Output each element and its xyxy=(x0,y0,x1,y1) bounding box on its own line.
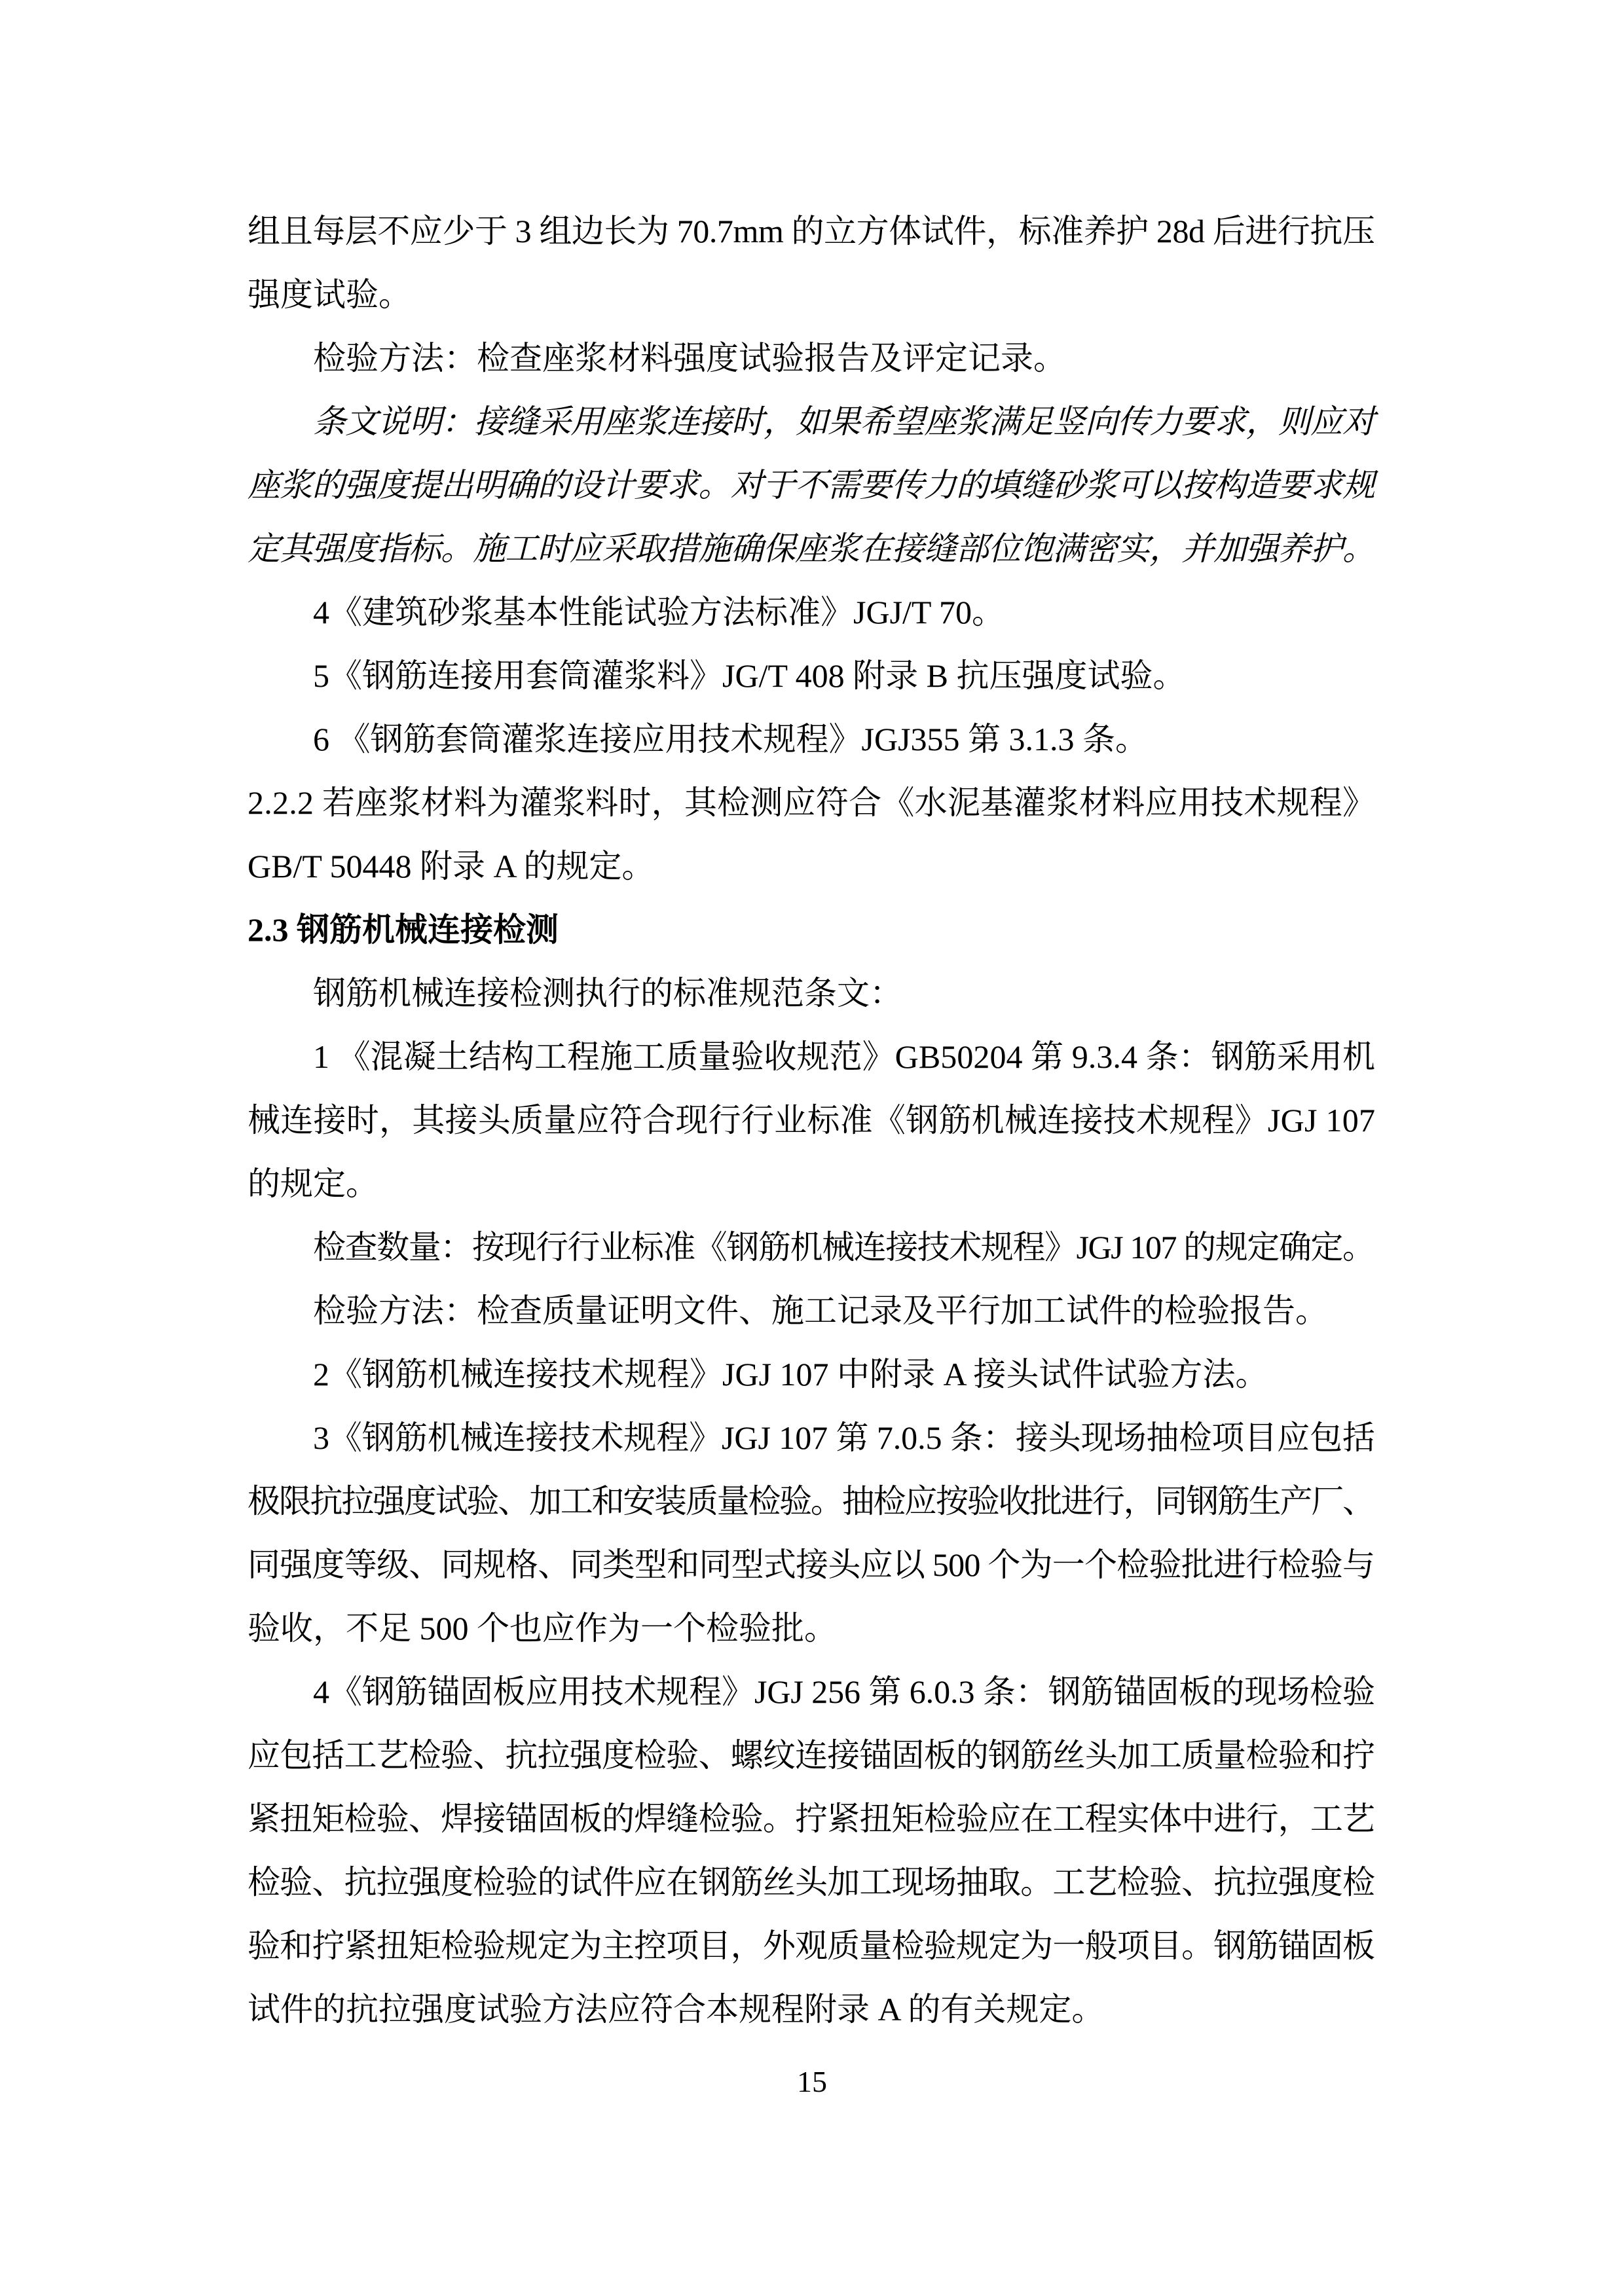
text-line-content: GB/T 50448 附录 A 的规定。 xyxy=(248,848,654,884)
text-line-content: 强度试验。 xyxy=(248,276,411,313)
text-line-content: 3《钢筋机械连接技术规程》JGJ 107 第 7.0.5 条：接头现场抽检项目应… xyxy=(313,1419,1375,1456)
text-line-content: 条文说明：接缝采用座浆连接时，如果希望座浆满足竖向传力要求，则应对 xyxy=(313,403,1375,440)
text-line: 检验方法：检查质量证明文件、施工记录及平行加工试件的检验报告。 xyxy=(248,1279,1375,1343)
text-line: 2.3 钢筋机械连接检测 xyxy=(248,898,1375,962)
text-line: 强度试验。 xyxy=(248,263,1375,327)
text-line: 4《钢筋锚固板应用技术规程》JGJ 256 第 6.0.3 条：钢筋锚固板的现场… xyxy=(248,1660,1375,1724)
text-line: 同强度等级、同规格、同类型和同型式接头应以 500 个为一个检验批进行检验与 xyxy=(248,1533,1375,1597)
text-line-content: 组且每层不应少于 3 组边长为 70.7mm 的立方体试件，标准养护 28d 后… xyxy=(248,213,1375,249)
text-line-content: 1 《混凝土结构工程施工质量验收规范》GB50204 第 9.3.4 条：钢筋采… xyxy=(313,1038,1375,1075)
text-line: 验和拧紧扭矩检验规定为主控项目，外观质量检验规定为一般项目。钢筋锚固板 xyxy=(248,1914,1375,1978)
page-number: 15 xyxy=(0,2062,1624,2102)
text-line: 6 《钢筋套筒灌浆连接应用技术规程》JGJ355 第 3.1.3 条。 xyxy=(248,708,1375,771)
text-line-content: 钢筋机械连接检测执行的标准规范条文： xyxy=(313,975,902,1011)
text-line: 2《钢筋机械连接技术规程》JGJ 107 中附录 A 接头试件试验方法。 xyxy=(248,1343,1375,1406)
text-line: 试件的抗拉强度试验方法应符合本规程附录 A 的有关规定。 xyxy=(248,1978,1375,2041)
text-line: 应包括工艺检验、抗拉强度检验、螺纹连接锚固板的钢筋丝头加工质量检验和拧 xyxy=(248,1724,1375,1787)
document-body: 组且每层不应少于 3 组边长为 70.7mm 的立方体试件，标准养护 28d 后… xyxy=(248,200,1375,2041)
text-line-content: 验和拧紧扭矩检验规定为主控项目，外观质量检验规定为一般项目。钢筋锚固板 xyxy=(248,1927,1375,1964)
text-line-content: 的规定。 xyxy=(248,1165,378,1202)
text-line-content: 检查数量：按现行行业标准《钢筋机械连接技术规程》JGJ 107 的规定确定。 xyxy=(313,1229,1375,1266)
text-line: 紧扭矩检验、焊接锚固板的焊缝检验。拧紧扭矩检验应在工程实体中进行，工艺 xyxy=(248,1787,1375,1851)
text-line-content: 验收，不足 500 个也应作为一个检验批。 xyxy=(248,1610,837,1647)
text-line-content: 4《钢筋锚固板应用技术规程》JGJ 256 第 6.0.3 条：钢筋锚固板的现场… xyxy=(313,1673,1375,1710)
text-line: 2.2.2 若座浆材料为灌浆料时，其检测应符合《水泥基灌浆材料应用技术规程》 xyxy=(248,771,1375,835)
text-line: 1 《混凝土结构工程施工质量验收规范》GB50204 第 9.3.4 条：钢筋采… xyxy=(248,1025,1375,1089)
text-line-content: 械连接时，其接头质量应符合现行行业标准《钢筋机械连接技术规程》JGJ 107 xyxy=(248,1102,1375,1139)
text-line-content: 紧扭矩检验、焊接锚固板的焊缝检验。拧紧扭矩检验应在工程实体中进行，工艺 xyxy=(248,1800,1375,1837)
text-line-content: 6 《钢筋套筒灌浆连接应用技术规程》JGJ355 第 3.1.3 条。 xyxy=(313,721,1148,757)
text-line: 检验、抗拉强度检验的试件应在钢筋丝头加工现场抽取。工艺检验、抗拉强度检 xyxy=(248,1851,1375,1914)
text-line: 钢筋机械连接检测执行的标准规范条文： xyxy=(248,962,1375,1025)
text-line: GB/T 50448 附录 A 的规定。 xyxy=(248,835,1375,898)
text-line-content: 试件的抗拉强度试验方法应符合本规程附录 A 的有关规定。 xyxy=(248,1991,1104,2028)
text-line: 检验方法：检查座浆材料强度试验报告及评定记录。 xyxy=(248,327,1375,390)
document-page: 组且每层不应少于 3 组边长为 70.7mm 的立方体试件，标准养护 28d 后… xyxy=(0,0,1624,2296)
text-line-content: 同强度等级、同规格、同类型和同型式接头应以 500 个为一个检验批进行检验与 xyxy=(248,1546,1375,1583)
text-line-content: 2.3 钢筋机械连接检测 xyxy=(248,911,559,948)
text-line: 座浆的强度提出明确的设计要求。对于不需要传力的填缝砂浆可以按构造要求规 xyxy=(248,454,1375,517)
text-line: 械连接时，其接头质量应符合现行行业标准《钢筋机械连接技术规程》JGJ 107 xyxy=(248,1089,1375,1152)
text-line-content: 检验方法：检查质量证明文件、施工记录及平行加工试件的检验报告。 xyxy=(313,1292,1328,1329)
text-line-content: 5《钢筋连接用套筒灌浆料》JG/T 408 附录 B 抗压强度试验。 xyxy=(313,657,1185,694)
text-line-content: 检验方法：检查座浆材料强度试验报告及评定记录。 xyxy=(313,340,1066,376)
text-line-content: 2《钢筋机械连接技术规程》JGJ 107 中附录 A 接头试件试验方法。 xyxy=(313,1356,1268,1393)
text-line-content: 座浆的强度提出明确的设计要求。对于不需要传力的填缝砂浆可以按构造要求规 xyxy=(248,467,1375,503)
text-line: 定其强度指标。施工时应采取措施确保座浆在接缝部位饱满密实，并加强养护。 xyxy=(248,517,1375,581)
text-line-content: 4《建筑砂浆基本性能试验方法标准》JGJ/T 70。 xyxy=(313,594,1005,630)
text-line: 组且每层不应少于 3 组边长为 70.7mm 的立方体试件，标准养护 28d 后… xyxy=(248,200,1375,263)
text-line-content: 极限抗拉强度试验、加工和安装质量检验。抽检应按验收批进行，同钢筋生产厂、 xyxy=(248,1483,1374,1520)
text-line: 4《建筑砂浆基本性能试验方法标准》JGJ/T 70。 xyxy=(248,581,1375,644)
text-line-content: 2.2.2 若座浆材料为灌浆料时，其检测应符合《水泥基灌浆材料应用技术规程》 xyxy=(248,784,1375,821)
text-line: 检查数量：按现行行业标准《钢筋机械连接技术规程》JGJ 107 的规定确定。 xyxy=(248,1216,1375,1279)
text-line-content: 定其强度指标。施工时应采取措施确保座浆在接缝部位饱满密实，并加强养护。 xyxy=(248,530,1375,567)
text-line: 的规定。 xyxy=(248,1152,1375,1216)
text-line: 极限抗拉强度试验、加工和安装质量检验。抽检应按验收批进行，同钢筋生产厂、 xyxy=(248,1470,1375,1533)
text-line-content: 检验、抗拉强度检验的试件应在钢筋丝头加工现场抽取。工艺检验、抗拉强度检 xyxy=(248,1864,1375,1901)
text-line: 条文说明：接缝采用座浆连接时，如果希望座浆满足竖向传力要求，则应对 xyxy=(248,390,1375,454)
text-line: 验收，不足 500 个也应作为一个检验批。 xyxy=(248,1597,1375,1660)
text-line: 3《钢筋机械连接技术规程》JGJ 107 第 7.0.5 条：接头现场抽检项目应… xyxy=(248,1406,1375,1470)
text-line-content: 应包括工艺检验、抗拉强度检验、螺纹连接锚固板的钢筋丝头加工质量检验和拧 xyxy=(248,1737,1375,1774)
text-line: 5《钢筋连接用套筒灌浆料》JG/T 408 附录 B 抗压强度试验。 xyxy=(248,644,1375,708)
